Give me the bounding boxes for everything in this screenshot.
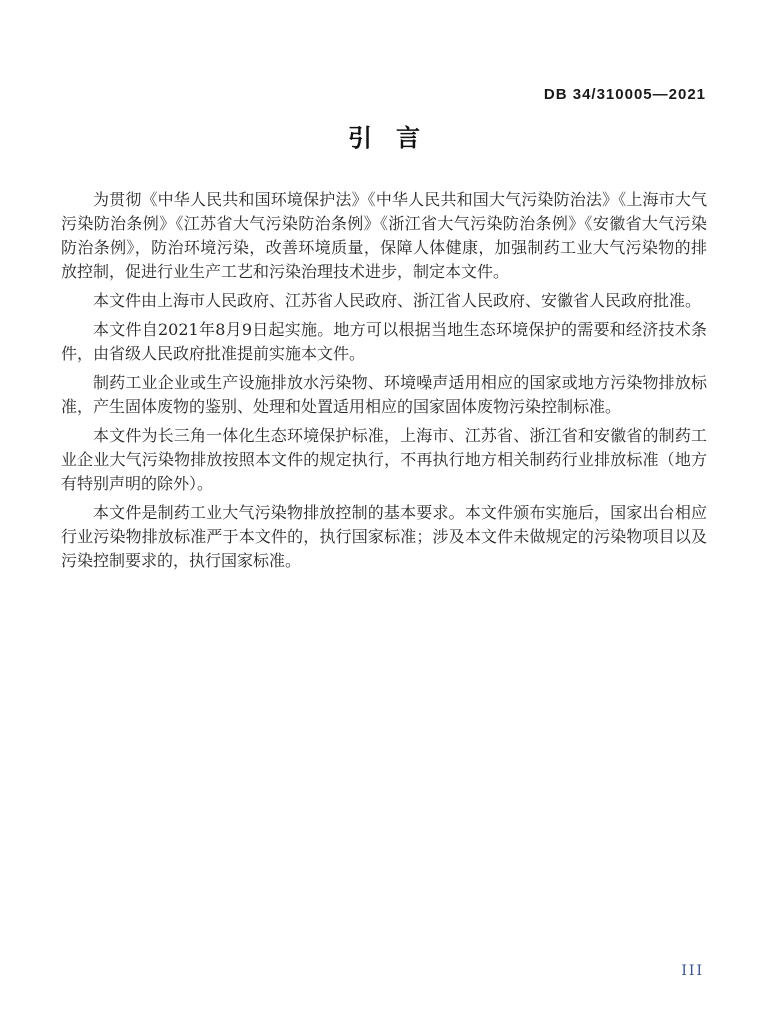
- document-body: 为贯彻《中华人民共和国环境保护法》《中华人民共和国大气污染防治法》《上海市大气污…: [61, 188, 707, 578]
- paragraph: 本文件是制药工业大气污染物排放控制的基本要求。本文件颁布实施后，国家出台相应行业…: [61, 501, 707, 573]
- paragraph: 本文件自2021年8月9日起实施。地方可以根据当地生态环境保护的需要和经济技术条…: [61, 318, 707, 366]
- page-number: III: [681, 963, 704, 979]
- document-page: DB 34/310005—2021 引 言 为贯彻《中华人民共和国环境保护法》《…: [0, 0, 768, 1036]
- document-number: DB 34/310005—2021: [544, 86, 706, 103]
- paragraph: 本文件为长三角一体化生态环境保护标准，上海市、江苏省、浙江省和安徽省的制药工业企…: [61, 424, 707, 496]
- paragraph: 本文件由上海市人民政府、江苏省人民政府、浙江省人民政府、安徽省人民政府批准。: [61, 289, 707, 313]
- paragraph: 制药工业企业或生产设施排放水污染物、环境噪声适用相应的国家或地方污染物排放标准，…: [61, 371, 707, 419]
- paragraph: 为贯彻《中华人民共和国环境保护法》《中华人民共和国大气污染防治法》《上海市大气污…: [61, 188, 707, 284]
- page-title: 引 言: [0, 118, 768, 153]
